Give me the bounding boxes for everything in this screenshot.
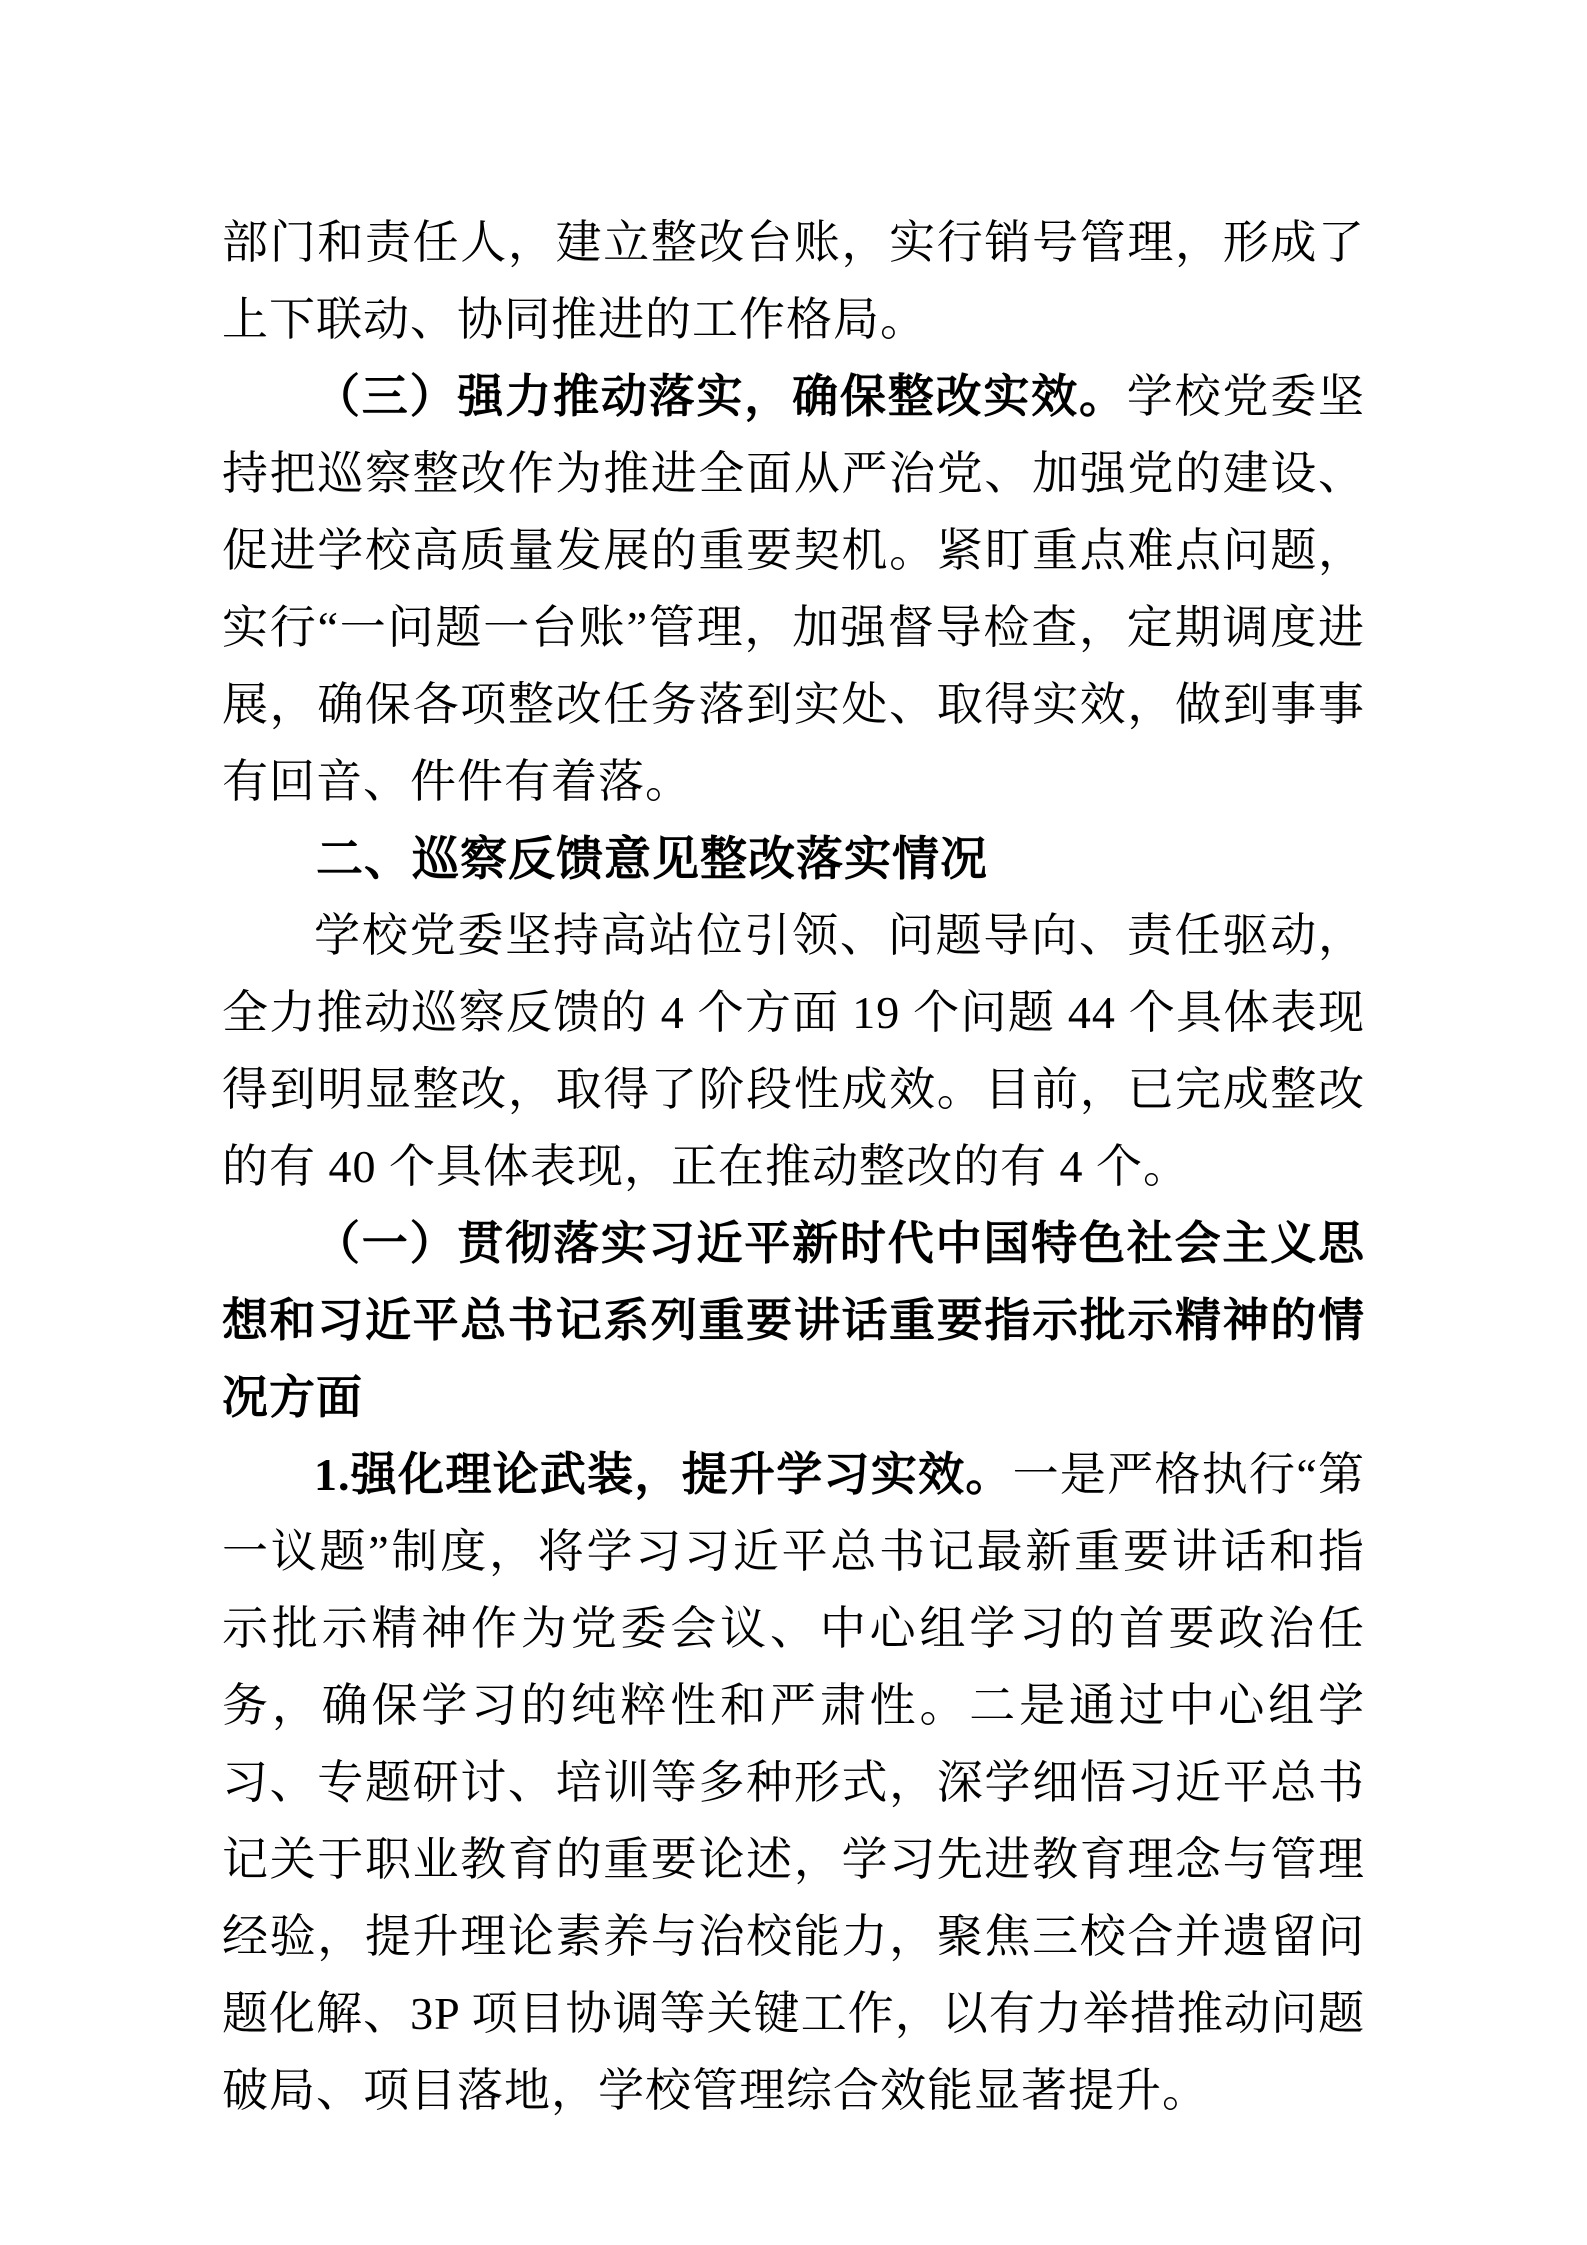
paragraph-lead-bold: 1.强化理论武装，提升学习实效。 xyxy=(314,1449,1013,1500)
paragraph-lead-bold: （三）强力推动落实，确保整改实效。 xyxy=(314,371,1127,422)
document-body: 部门和责任人，建立整改台账，实行销号管理，形成了上下联动、协同推进的工作格局。 … xyxy=(222,204,1365,2129)
paragraph-section1-item3: （三）强力推动落实，确保整改实效。学校党委坚持把巡察整改作为推进全面从严治党、加… xyxy=(222,358,1365,820)
subsection-heading-1: （一）贯彻落实习近平新时代中国特色社会主义思想和习近平总书记系列重要讲话重要指示… xyxy=(222,1205,1365,1436)
paragraph-body-text: 一是严格执行“第一议题”制度，将学习习近平总书记最新重要讲话和指示批示精神作为党… xyxy=(222,1449,1365,2116)
paragraph-section2-intro: 学校党委坚持高站位引领、问题导向、责任驱动，全力推动巡察反馈的 4 个方面 19… xyxy=(222,897,1365,1205)
paragraph-body-text: 学校党委坚持把巡察整改作为推进全面从严治党、加强党的建设、促进学校高质量发展的重… xyxy=(222,371,1365,807)
document-page: 部门和责任人，建立整改台账，实行销号管理，形成了上下联动、协同推进的工作格局。 … xyxy=(0,0,1587,2245)
section-heading-2: 二、巡察反馈意见整改落实情况 xyxy=(222,820,1365,897)
paragraph-continuation: 部门和责任人，建立整改台账，实行销号管理，形成了上下联动、协同推进的工作格局。 xyxy=(222,204,1365,358)
paragraph-subsection1-item1: 1.强化理论武装，提升学习实效。一是严格执行“第一议题”制度，将学习习近平总书记… xyxy=(222,1436,1365,2129)
